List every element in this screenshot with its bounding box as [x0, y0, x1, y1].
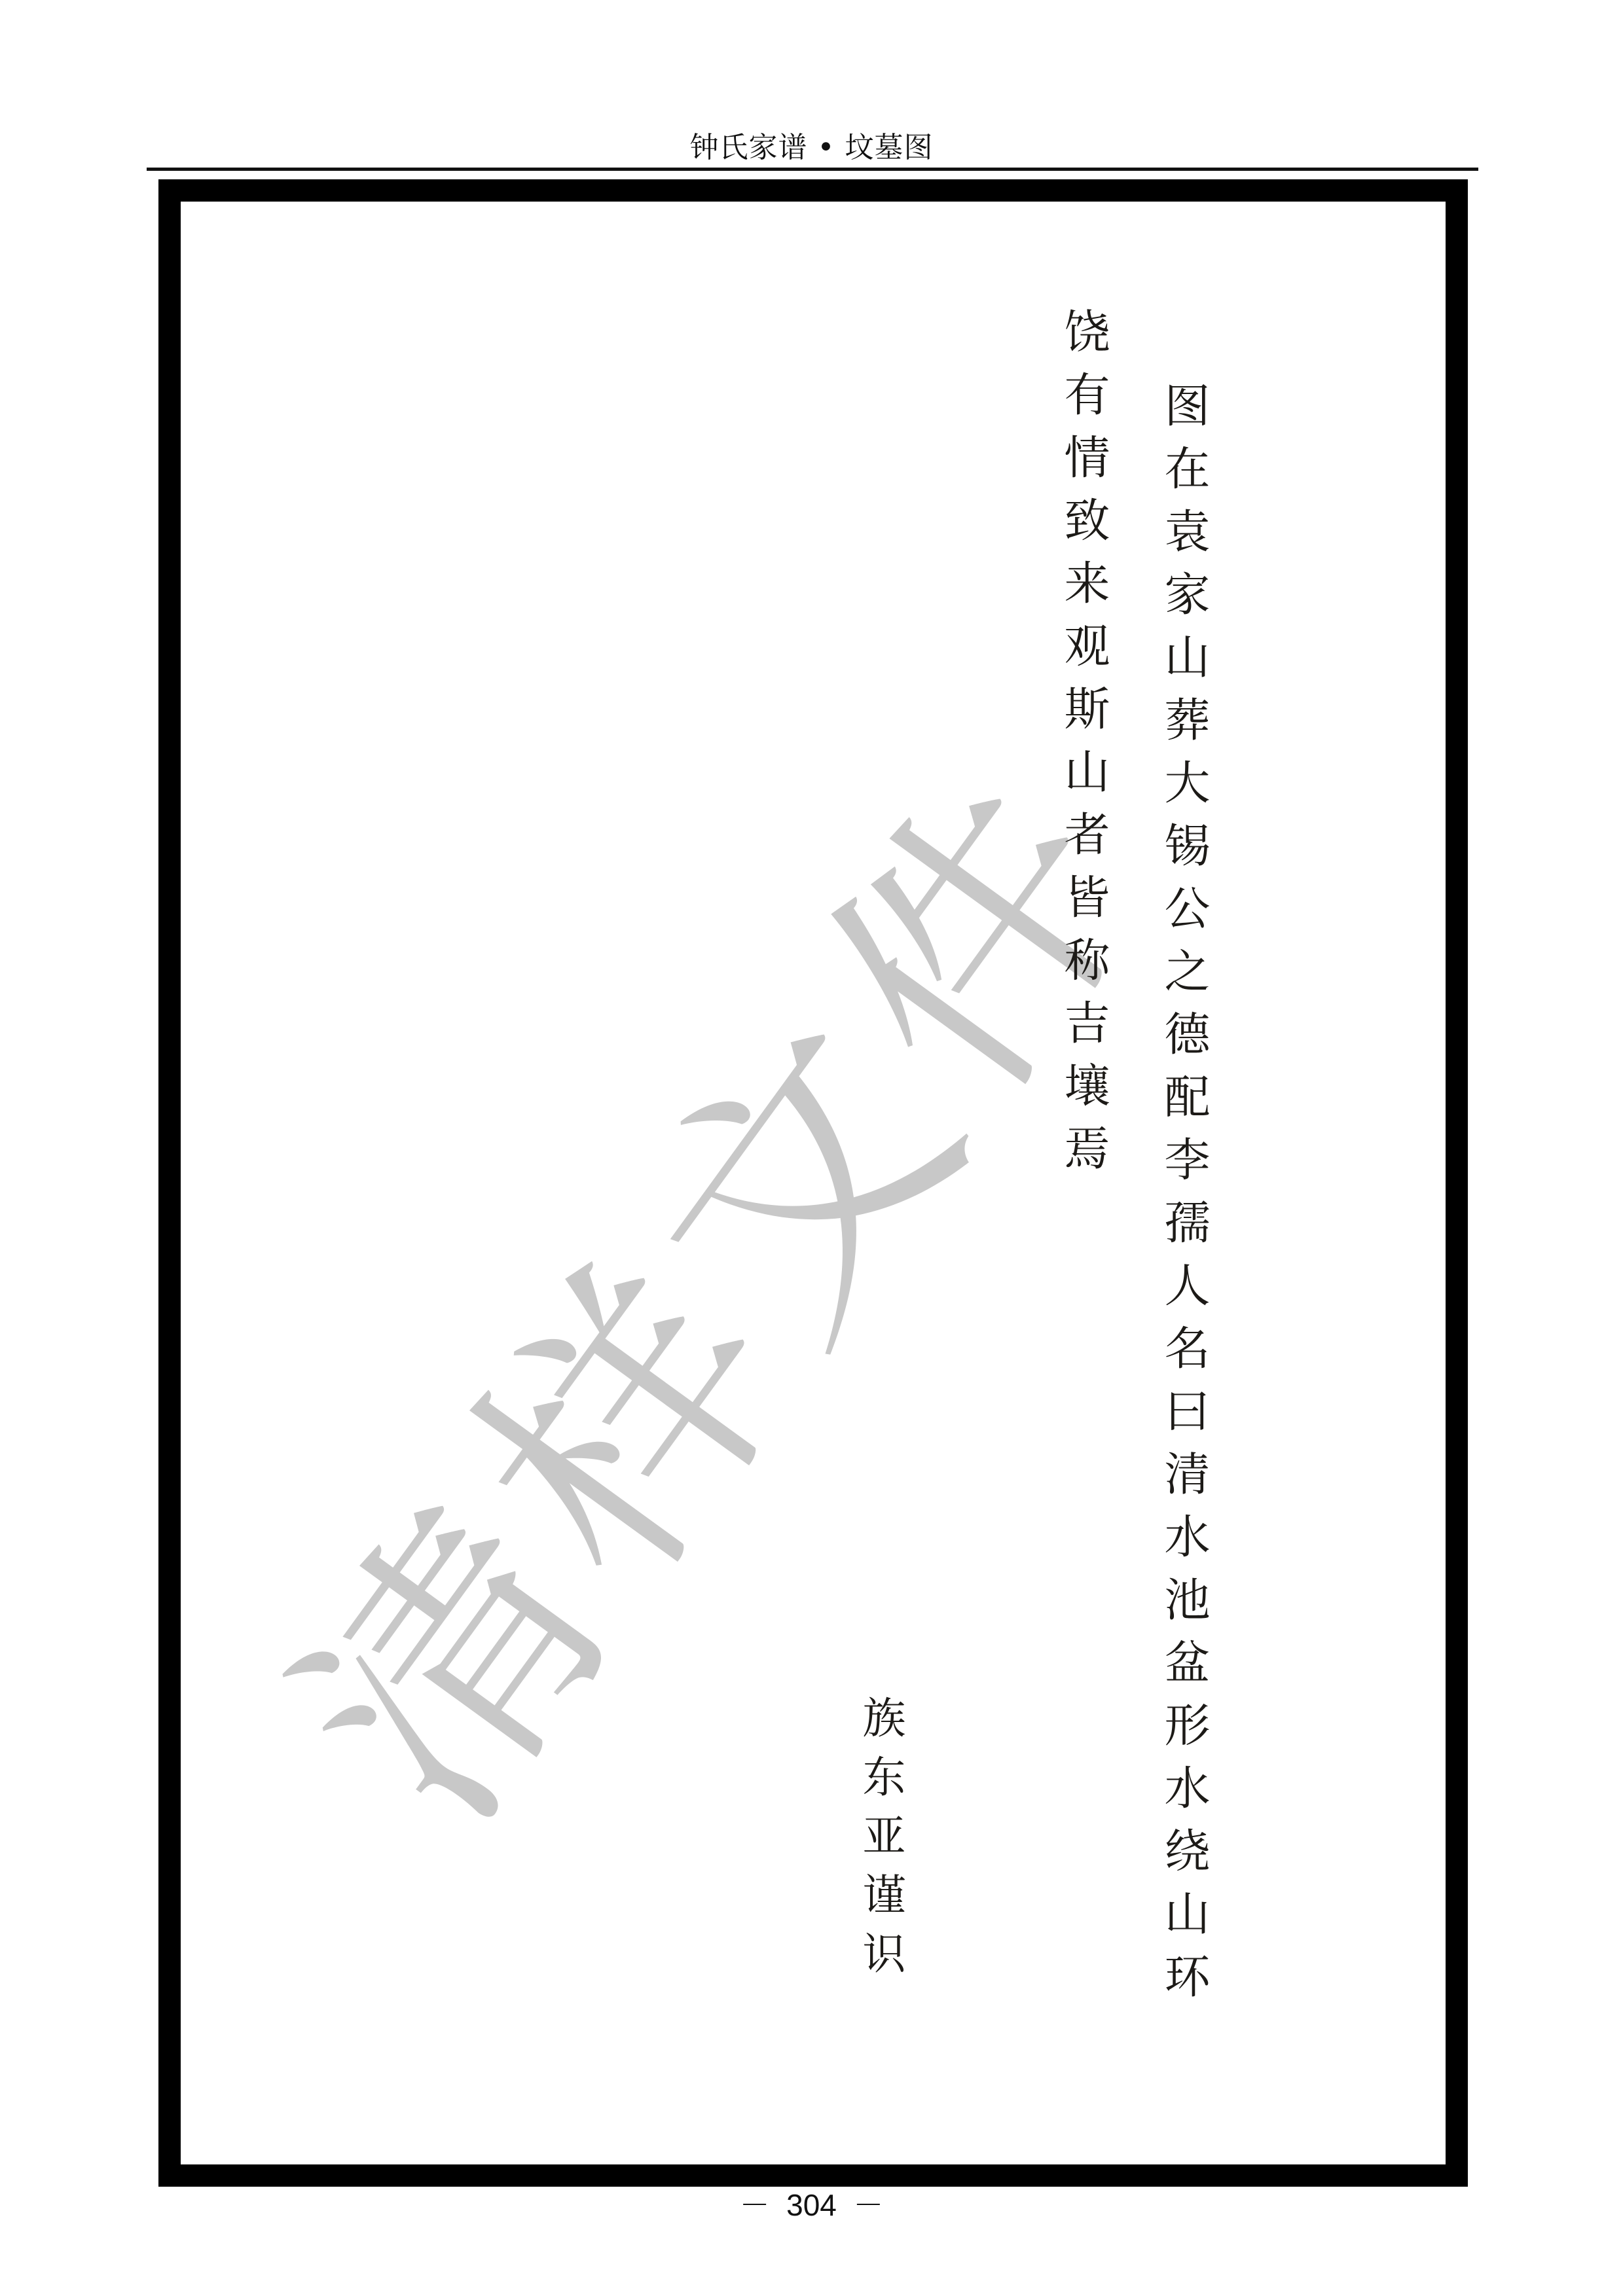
signature-column: 族东亚谨识: [855, 1695, 905, 1990]
running-header: 钟氏家谱 • 坟墓图: [0, 128, 1623, 168]
text-column-first: 图在袁家山葬大锡公之德配李孺人名曰清水池盆形水绕山环: [1159, 382, 1209, 2015]
header-rule: [147, 168, 1478, 171]
text-column-second: 饶有情致来观斯山者皆称吉壤焉: [1059, 308, 1108, 1187]
page-border-frame: [158, 179, 1468, 2187]
page-number: － 304 －: [0, 2187, 1623, 2223]
